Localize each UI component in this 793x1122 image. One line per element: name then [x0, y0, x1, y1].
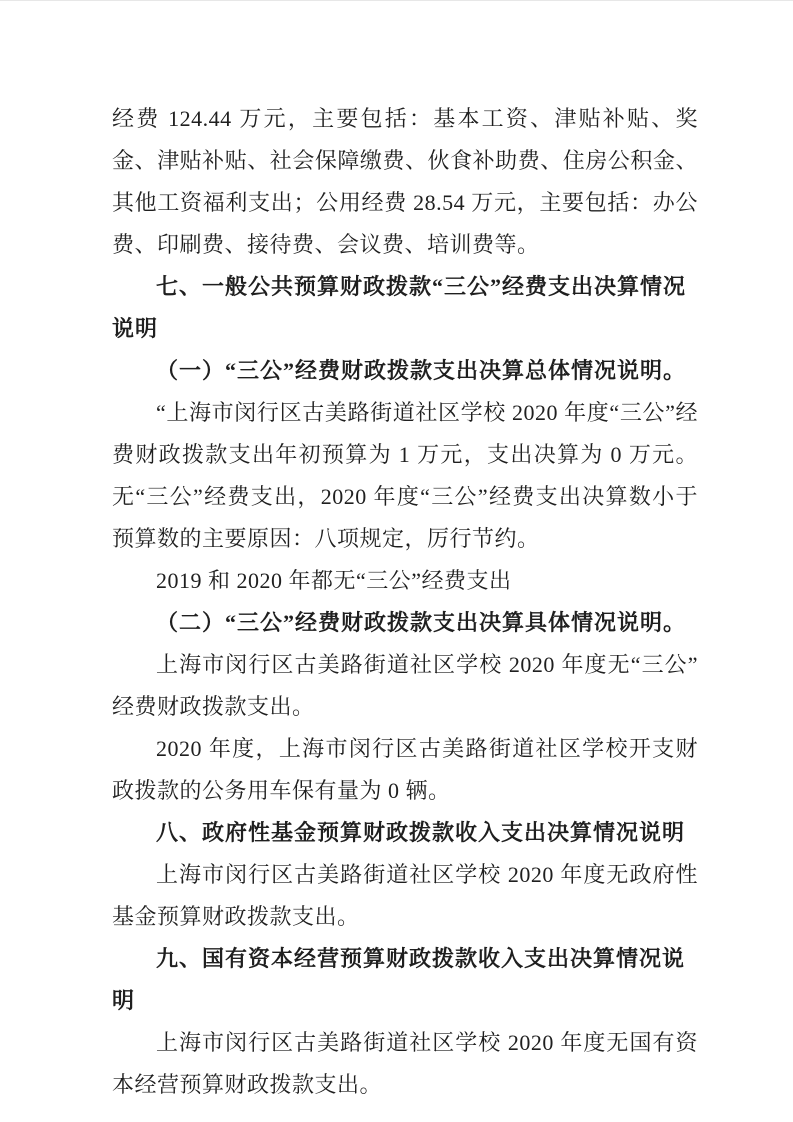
document-content: 经费 124.44 万元，主要包括：基本工资、津贴补贴、奖金、津贴补贴、社会保障…	[112, 98, 698, 1106]
section-heading-9: 九、国有资本经营预算财政拨款收入支出决算情况说明	[112, 938, 698, 1022]
section-heading-8: 八、政府性基金预算财政拨款收入支出决算情况说明	[112, 812, 698, 854]
body-paragraph: 上海市闵行区古美路街道社区学校 2020 年度无“三公”经费财政拨款支出。	[112, 644, 698, 728]
body-paragraph: “上海市闵行区古美路街道社区学校 2020 年度“三公”经费财政拨款支出年初预算…	[112, 392, 698, 560]
section-heading-7: 七、一般公共预算财政拨款“三公”经费支出决算情况说明	[112, 266, 698, 350]
body-paragraph: 2019 和 2020 年都无“三公”经费支出	[112, 560, 698, 602]
body-paragraph: 经费 124.44 万元，主要包括：基本工资、津贴补贴、奖金、津贴补贴、社会保障…	[112, 98, 698, 266]
body-paragraph: 上海市闵行区古美路街道社区学校 2020 年度无国有资本经营预算财政拨款支出。	[112, 1022, 698, 1106]
page-sheet: 经费 124.44 万元，主要包括：基本工资、津贴补贴、奖金、津贴补贴、社会保障…	[0, 0, 793, 1122]
body-paragraph: 2020 年度，上海市闵行区古美路街道社区学校开支财政拨款的公务用车保有量为 0…	[112, 728, 698, 812]
body-paragraph: 上海市闵行区古美路街道社区学校 2020 年度无政府性基金预算财政拨款支出。	[112, 854, 698, 938]
subsection-heading-7-2: （二）“三公”经费财政拨款支出决算具体情况说明。	[112, 602, 698, 644]
document-page: { "page": { "background": "#ffffff", "te…	[0, 0, 793, 1122]
subsection-heading-7-1: （一）“三公”经费财政拨款支出决算总体情况说明。	[112, 350, 698, 392]
